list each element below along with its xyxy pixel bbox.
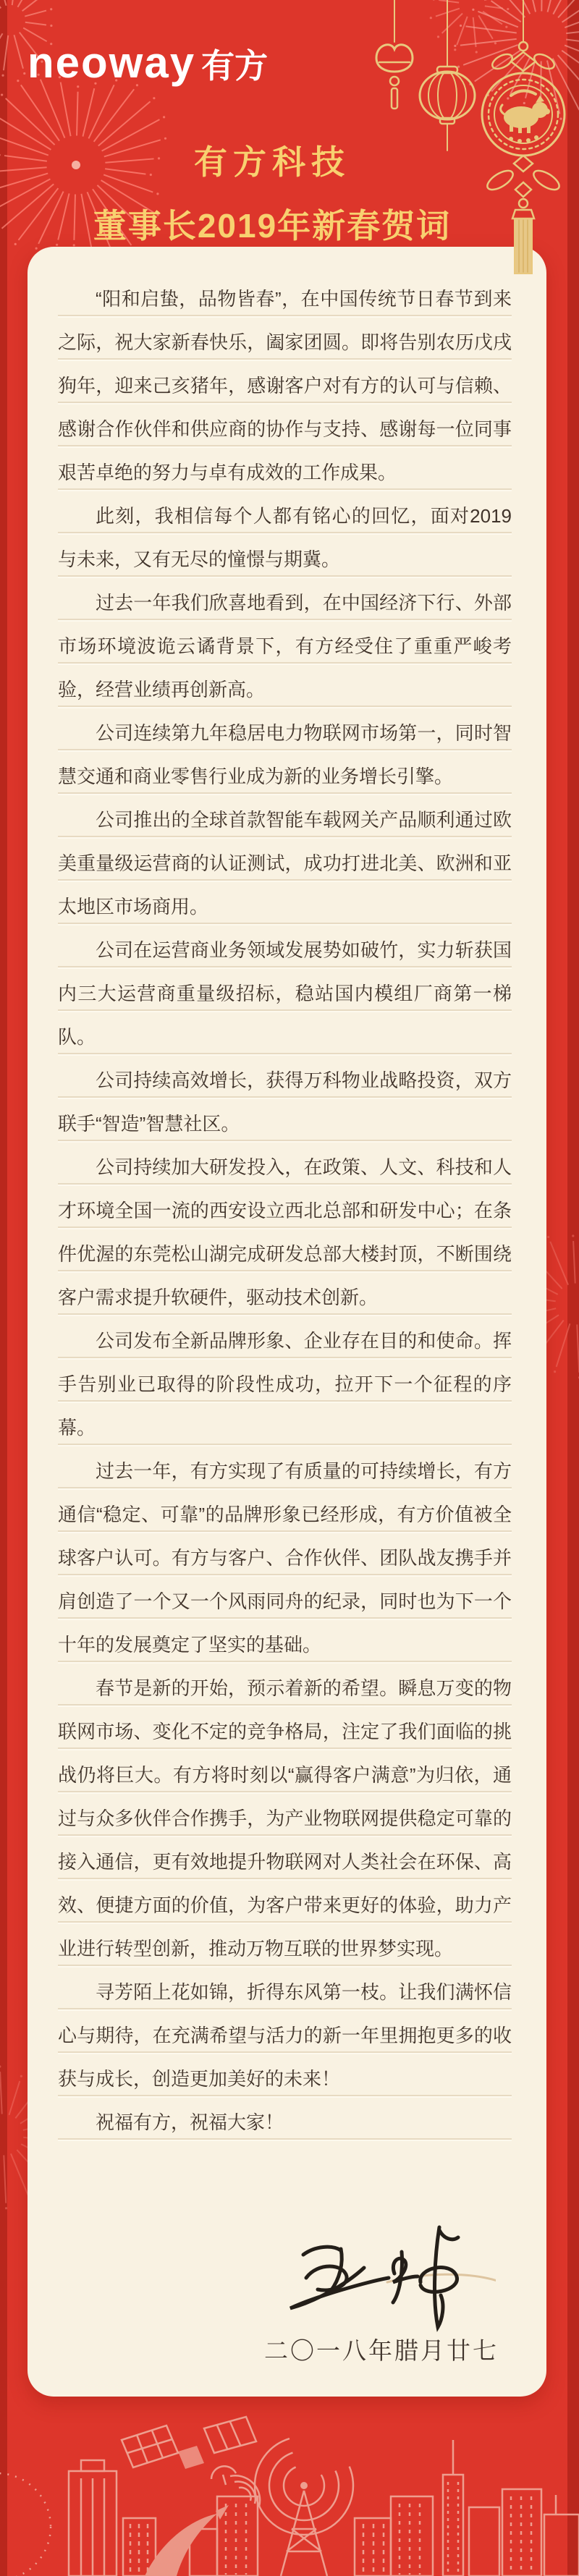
letter-paragraph: 过去一年我们欣喜地看到，在中国经济下行、外部市场环境波诡云谲背景下，有方经受住了… bbox=[58, 581, 512, 711]
ribbon-swoosh bbox=[145, 2505, 229, 2576]
letter-paragraph: “阳和启蛰，品物皆春”，在中国传统节日春节到来之际，祝大家新春快乐，阖家团圆。即… bbox=[58, 277, 512, 494]
letter-paragraph: 公司持续加大研发投入，在政策、人文、科技和人才环境全国一流的西安设立西北总部和研… bbox=[58, 1145, 512, 1319]
new-year-greeting-poster: neoway有方 有方科技 董事长2019年新春贺词 bbox=[0, 0, 579, 2576]
radio-tower-icon bbox=[255, 2436, 353, 2576]
letter-paragraph: 公司持续高效增长，获得万科物业战略投资，双方联手“智造”智慧社区。 bbox=[58, 1059, 512, 1145]
letter-paragraph: 过去一年，有方实现了有质量的可持续增长，有方通信“稳定、可靠”的品牌形象已经形成… bbox=[58, 1449, 512, 1666]
page-title-greeting: 董事长2019年新春贺词 bbox=[0, 200, 544, 247]
letter-paragraph: 祝福有方，祝福大家！ bbox=[58, 2101, 512, 2144]
right-edge-border bbox=[567, 0, 579, 2576]
neoway-logo-latin: neoway bbox=[28, 38, 195, 87]
city-skyline-illustration bbox=[0, 2410, 579, 2576]
letter-paragraph: 公司连续第九年稳居电力物联网市场第一，同时智慧交通和商业零售行业成为新的业务增长… bbox=[58, 711, 512, 798]
letter-paragraphs: “阳和启蛰，品物皆春”，在中国传统节日春节到来之际，祝大家新春快乐，阖家团圆。即… bbox=[58, 277, 512, 2144]
ferris-wheel-icon bbox=[0, 2473, 51, 2576]
letter-paragraph: 此刻，我相信每个人都有铭心的回忆，面对2019与未来，又有无尽的憧憬与期冀。 bbox=[58, 494, 512, 581]
letter-paragraph: 公司在运营商业务领域发展势如破竹，实力斩获国内三大运营商重量级招标，稳站国内模组… bbox=[58, 928, 512, 1059]
page-title-company: 有方科技 bbox=[0, 136, 544, 184]
letter-paragraph: 公司发布全新品牌形象、企业存在目的和使命。挥手告别业已取得的阶段性成功，拉开下一… bbox=[58, 1319, 512, 1449]
gold-ingot-icon bbox=[376, 0, 413, 109]
letter-card: “阳和启蛰，品物皆春”，在中国传统节日春节到来之际，祝大家新春快乐，阖家团圆。即… bbox=[28, 247, 546, 2397]
chairman-signature bbox=[279, 2211, 496, 2338]
left-edge-border bbox=[0, 0, 7, 2576]
letter-paragraph: 公司推出的全球首款智能车载网关产品顺利通过欧美重量级运营商的认证测试，成功打进北… bbox=[58, 798, 512, 928]
buildings-left bbox=[69, 2460, 258, 2576]
letter-date: 二〇一八年腊月廿七 bbox=[264, 2332, 499, 2366]
satellite-icon bbox=[122, 2417, 260, 2507]
poster-title: 有方科技 董事长2019年新春贺词 bbox=[0, 136, 544, 247]
buildings-right bbox=[355, 2440, 579, 2576]
neoway-logo: neoway有方 bbox=[28, 38, 268, 88]
letter-paragraph: 春节是新的开始，预示着新的希望。瞬息万变的物联网市场、变化不定的竞争格局，注定了… bbox=[58, 1666, 512, 1970]
neoway-logo-cjk: 有方 bbox=[201, 47, 268, 85]
lantern-icon bbox=[420, 0, 475, 151]
letter-paragraph: 寻芳陌上花如锦，折得东风第一枝。让我们满怀信心与期待，在充满希望与活力的新一年里… bbox=[58, 1970, 512, 2101]
